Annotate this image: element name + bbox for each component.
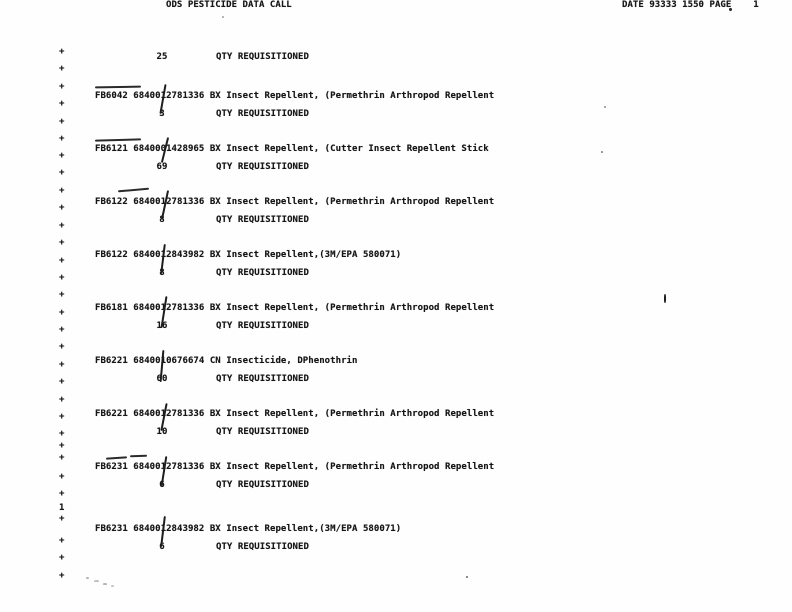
item-line: FB6042 6840012781336 BX Insect Repellent… — [95, 91, 494, 101]
carriage-control-plus: + — [59, 99, 64, 109]
carriage-control-plus: + — [59, 377, 64, 387]
carriage-control-plus: + — [59, 308, 64, 318]
carriage-control-plus: + — [59, 571, 64, 581]
qty-requisitioned-label: QTY REQUISITIONED — [216, 321, 309, 331]
qty-requisitioned-label: QTY REQUISITIONED — [216, 268, 309, 278]
carriage-control-plus: + — [59, 168, 64, 178]
pen-overline-mark — [118, 188, 149, 192]
qty-requisitioned-label: QTY REQUISITIONED — [216, 374, 309, 384]
carriage-control-plus: + — [59, 325, 64, 335]
item-line: FB6181 6840012781336 BX Insect Repellent… — [95, 303, 494, 313]
carriage-control-plus: + — [59, 238, 64, 248]
pen-overline-mark — [95, 86, 141, 88]
qty-value: 3 — [140, 109, 184, 119]
date-page-line: DATE 93333 1550 PAGE 1 — [622, 0, 759, 10]
carriage-control-plus: + — [59, 64, 64, 74]
qty-requisitioned-label: QTY REQUISITIONED — [216, 480, 309, 490]
qty-value: 60 — [140, 374, 184, 384]
carriage-control-plus: + — [59, 186, 64, 196]
carriage-control-plus: + — [59, 117, 64, 127]
item-line: FB6121 6840001428965 BX Insect Repellent… — [95, 144, 489, 154]
item-line: FB6221 6840010676674 CN Insecticide, DPh… — [95, 356, 358, 366]
carriage-control-plus: + — [59, 553, 64, 563]
scan-speck — [604, 106, 606, 108]
scanned-report-page: +++++++++++++++++++++++++++++++ 1 25QTY … — [0, 0, 792, 612]
carriage-control-plus: + — [59, 47, 64, 57]
qty-requisitioned-label: QTY REQUISITIONED — [216, 427, 309, 437]
scan-speck — [664, 294, 666, 303]
carriage-control-plus: + — [59, 151, 64, 161]
carriage-control-plus: + — [59, 221, 64, 231]
pen-overline-mark — [95, 138, 141, 141]
item-line: FB6122 6840012843982 BX Insect Repellent… — [95, 250, 401, 260]
qty-value: 25 — [140, 52, 184, 62]
item-line: FB6221 6840012781336 BX Insect Repellent… — [95, 409, 494, 419]
carriage-control-plus: + — [59, 489, 64, 499]
qty-requisitioned-label: QTY REQUISITIONED — [216, 162, 309, 172]
scan-speck — [86, 577, 89, 579]
carriage-control-plus: + — [59, 536, 64, 546]
carriage-control-page-break: 1 — [59, 503, 64, 513]
pen-overline-mark — [130, 455, 147, 457]
carriage-control-plus: + — [59, 441, 64, 451]
pen-overline-mark — [106, 456, 127, 459]
qty-requisitioned-label: QTY REQUISITIONED — [216, 52, 309, 62]
carriage-control-plus: + — [59, 82, 64, 92]
carriage-control-plus: + — [59, 412, 64, 422]
item-line: FB6231 6840012843982 BX Insect Repellent… — [95, 524, 401, 534]
carriage-control-plus: + — [59, 453, 64, 463]
carriage-control-plus: + — [59, 134, 64, 144]
carriage-control-plus: + — [59, 290, 64, 300]
scan-speck — [466, 576, 468, 578]
carriage-control-plus: + — [59, 472, 64, 482]
item-line: FB6122 6840012781336 BX Insect Repellent… — [95, 197, 494, 207]
scan-speck — [222, 16, 224, 18]
qty-requisitioned-label: QTY REQUISITIONED — [216, 215, 309, 225]
report-title: ODS PESTICIDE DATA CALL — [166, 0, 292, 10]
scan-speck — [601, 151, 603, 153]
scan-speck — [94, 580, 99, 582]
carriage-control-plus: + — [59, 203, 64, 213]
carriage-control-plus: + — [59, 514, 64, 524]
scan-speck — [729, 8, 732, 11]
qty-requisitioned-label: QTY REQUISITIONED — [216, 542, 309, 552]
carriage-control-plus: + — [59, 360, 64, 370]
qty-requisitioned-label: QTY REQUISITIONED — [216, 109, 309, 119]
qty-value: 69 — [140, 162, 184, 172]
item-line: FB6231 6840012781336 BX Insect Repellent… — [95, 462, 494, 472]
carriage-control-plus: + — [59, 342, 64, 352]
carriage-control-plus: + — [59, 273, 64, 283]
scan-speck — [103, 583, 107, 585]
carriage-control-plus: + — [59, 256, 64, 266]
scan-speck — [111, 585, 114, 587]
carriage-control-plus: + — [59, 395, 64, 405]
carriage-control-plus: + — [59, 429, 64, 439]
